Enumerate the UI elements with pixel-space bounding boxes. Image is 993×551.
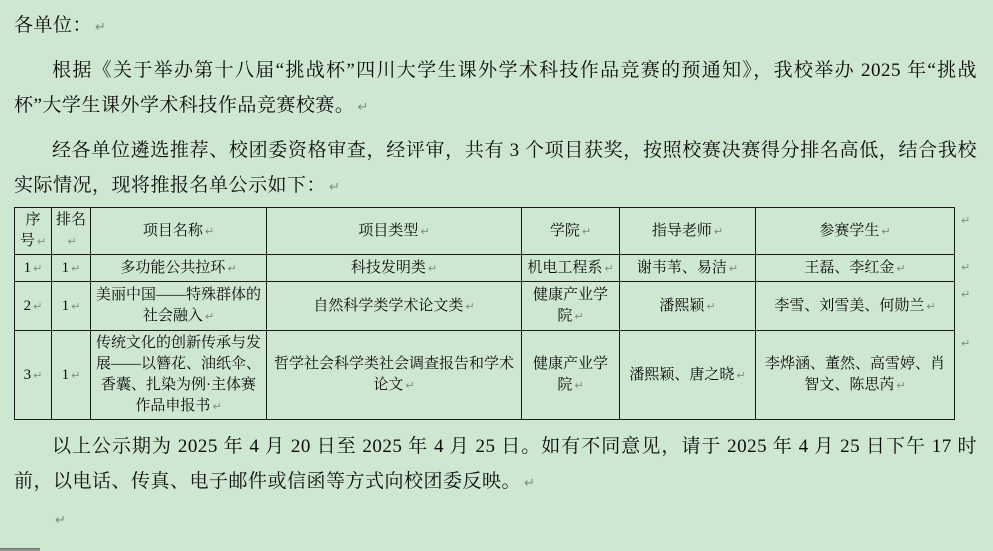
document-page: { "document": { "background_color": "#cd…: [0, 0, 993, 551]
header-cell-project-name: 项目名称↵: [91, 208, 267, 255]
table-row: 1↵ 1↵ 多功能公共拉环↵ 科技发明类↵ 机电工程系↵ 谢韦苇、易洁↵ 王磊、…: [15, 255, 975, 282]
awards-table: 序号↵ 排名↵ 项目名称↵ 项目类型↵ 学院↵ 指导老师↵ 参赛学生↵ ↵ 1↵…: [14, 207, 975, 420]
cell-students: 李雪、刘雪美、何勋兰↵: [756, 282, 955, 331]
cell-students: 李烨涵、董然、高雪婷、肖智文、陈思芮↵: [756, 331, 955, 420]
cell-mark: ↵: [69, 369, 80, 382]
salutation-paragraph: 各单位：↵: [14, 8, 977, 45]
cell-mark: ↵: [203, 310, 214, 323]
intro-paragraph: 根据《关于举办第十八届“挑战杯”四川大学生课外学术科技作品竞赛的预通知》，我校举…: [14, 53, 977, 125]
review-paragraph: 经各单位遴选推荐、校团委资格审查，经评审，共有 3 个项目获奖，按照校赛决赛得分…: [14, 133, 977, 205]
cell-mark: ↵: [69, 262, 80, 275]
end-of-row-mark: ↵: [955, 331, 975, 420]
closing-text: 以上公示期为 2025 年 4 月 20 日至 2025 年 4 月 25 日。…: [14, 436, 977, 492]
paragraph-mark: ↵: [326, 180, 340, 195]
cell-mark: ↵: [704, 300, 715, 313]
empty-paragraph: ↵: [14, 501, 977, 538]
cell-mark: ↵: [31, 369, 42, 382]
cell-mark: ↵: [727, 262, 738, 275]
cell-mark: ↵: [580, 225, 591, 238]
cell-mark: ↵: [225, 262, 236, 275]
cell-mark: ↵: [572, 379, 583, 392]
review-text: 经各单位遴选推荐、校团委资格审查，经评审，共有 3 个项目获奖，按照校赛决赛得分…: [14, 140, 977, 196]
cell-mark: ↵: [35, 235, 46, 248]
cell-mark: ↵: [65, 235, 76, 248]
end-of-row-mark: ↵: [955, 282, 975, 331]
cell-mark: ↵: [203, 225, 214, 238]
cell-project-name: 美丽中国——特殊群体的社会融入↵: [91, 282, 267, 331]
cell-mark: ↵: [463, 300, 474, 313]
cell-mark: ↵: [31, 300, 42, 313]
cell-serial: 2↵: [15, 282, 52, 331]
cell-advisors: 谢韦苇、易洁↵: [620, 255, 756, 282]
cell-mark: ↵: [403, 379, 414, 392]
header-cell-project-type: 项目类型↵: [267, 208, 522, 255]
cell-project-type: 科技发明类↵: [267, 255, 522, 282]
header-cell-advisors: 指导老师↵: [620, 208, 756, 255]
cell-mark: ↵: [894, 262, 905, 275]
cell-project-name: 传统文化的创新传承与发展——以簪花、油纸伞、香囊、扎染为例·主体赛作品申报书↵: [91, 331, 267, 420]
paragraph-mark: ↵: [92, 20, 106, 35]
cell-mark: ↵: [418, 225, 429, 238]
paragraph-mark: ↵: [354, 100, 368, 115]
end-of-row-mark: ↵: [955, 255, 975, 282]
cell-project-name: 多功能公共拉环↵: [91, 255, 267, 282]
paragraph-mark: ↵: [52, 513, 66, 528]
cell-mark: ↵: [712, 225, 723, 238]
cell-rank: 1↵: [52, 282, 91, 331]
cell-project-type: 哲学社会科学类社会调查报告和学术论文↵: [267, 331, 522, 420]
cell-mark: ↵: [210, 400, 221, 413]
cell-college: 健康产业学院↵: [522, 282, 620, 331]
cell-mark: ↵: [894, 379, 905, 392]
cell-serial: 1↵: [15, 255, 52, 282]
cell-college: 健康产业学院↵: [522, 331, 620, 420]
table-row: 3↵ 1↵ 传统文化的创新传承与发展——以簪花、油纸伞、香囊、扎染为例·主体赛作…: [15, 331, 975, 420]
cell-mark: ↵: [924, 300, 935, 313]
table-row: 2↵ 1↵ 美丽中国——特殊群体的社会融入↵ 自然科学类学术论文类↵ 健康产业学…: [15, 282, 975, 331]
header-cell-serial: 序号↵: [15, 208, 52, 255]
paragraph-mark: ↵: [521, 476, 535, 491]
intro-text: 根据《关于举办第十八届“挑战杯”四川大学生课外学术科技作品竞赛的预通知》，我校举…: [14, 60, 977, 116]
cell-students: 王磊、李红金↵: [756, 255, 955, 282]
closing-paragraph: 以上公示期为 2025 年 4 月 20 日至 2025 年 4 月 25 日。…: [14, 429, 977, 501]
cell-rank: 1↵: [52, 255, 91, 282]
cell-rank: 1↵: [52, 331, 91, 420]
cell-advisors: 潘熙颖、唐之晓↵: [620, 331, 756, 420]
document-body: 各单位：↵ 根据《关于举办第十八届“挑战杯”四川大学生课外学术科技作品竞赛的预通…: [0, 0, 993, 538]
cell-college: 机电工程系↵: [522, 255, 620, 282]
header-cell-students: 参赛学生↵: [756, 208, 955, 255]
cell-mark: ↵: [602, 262, 613, 275]
cell-mark: ↵: [426, 262, 437, 275]
header-cell-rank: 排名↵: [52, 208, 91, 255]
end-of-row-mark: ↵: [955, 208, 975, 255]
cell-mark: ↵: [31, 262, 42, 275]
cell-mark: ↵: [879, 225, 890, 238]
cell-advisors: 潘熙颖↵: [620, 282, 756, 331]
cell-mark: ↵: [69, 300, 80, 313]
cell-serial: 3↵: [15, 331, 52, 420]
cell-project-type: 自然科学类学术论文类↵: [267, 282, 522, 331]
cell-mark: ↵: [734, 369, 745, 382]
salutation-text: 各单位：: [14, 15, 92, 36]
cell-mark: ↵: [572, 310, 583, 323]
table-header-row: 序号↵ 排名↵ 项目名称↵ 项目类型↵ 学院↵ 指导老师↵ 参赛学生↵ ↵: [15, 208, 975, 255]
header-cell-college: 学院↵: [522, 208, 620, 255]
